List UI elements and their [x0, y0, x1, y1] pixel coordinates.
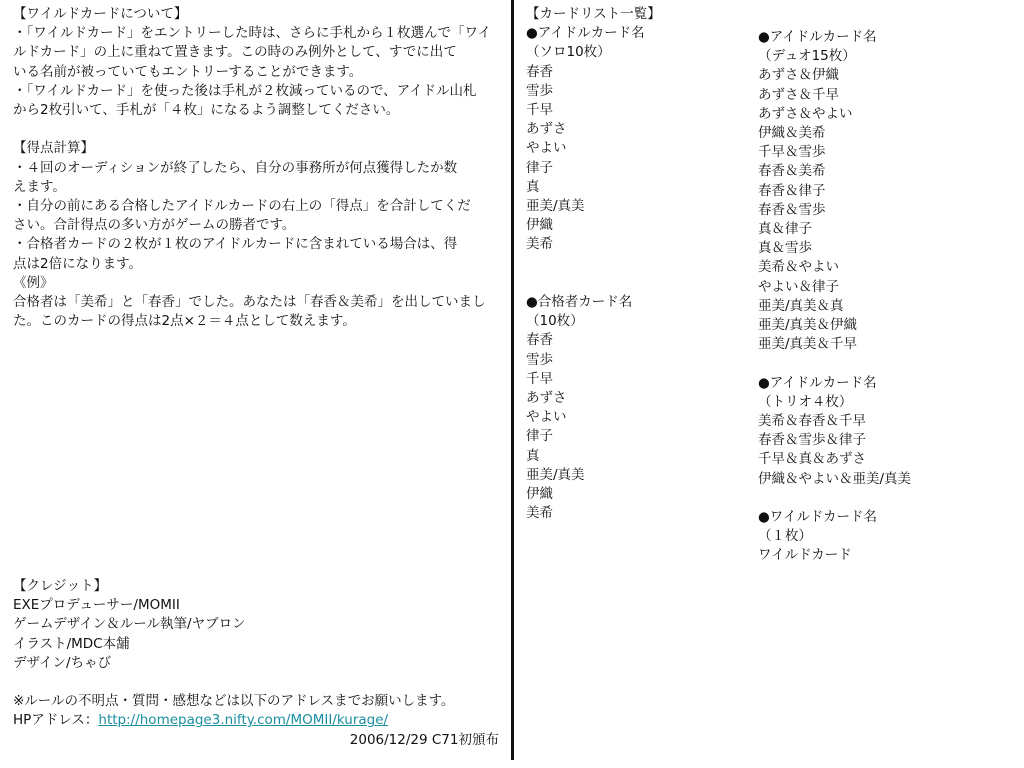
card-list-item: 美希: [526, 504, 746, 523]
card-list-item: 春香＆美希: [758, 162, 1008, 181]
card-list-item: 千早: [526, 370, 746, 389]
card-list-item: 伊織: [526, 216, 746, 235]
rule-line: さい。合計得点の多い方がゲームの勝者です。: [13, 216, 498, 235]
card-list-column-2: ●アイドルカード名 （デュオ15枚） あずさ＆伊織 あずさ＆千早 あずさ＆やよい…: [758, 28, 1008, 566]
rule-line: から2枚引いて、手札が「４枚」になるよう調整してください。: [13, 101, 498, 120]
card-list-item: 伊織: [526, 485, 746, 504]
duo-card-title: ●アイドルカード名: [758, 28, 1008, 47]
spacer: [758, 489, 1008, 508]
card-list-item: 春香: [526, 63, 746, 82]
card-list-column-1: 【カードリスト一覧】 ●アイドルカード名 （ソロ10枚） 春香 雪歩 千早 あず…: [526, 5, 746, 523]
homepage-label: HPアドレス：: [13, 712, 98, 728]
duo-card-list: ●アイドルカード名 （デュオ15枚） あずさ＆伊織 あずさ＆千早 あずさ＆やよい…: [758, 28, 1008, 354]
card-list-item: 真: [526, 447, 746, 466]
card-list-item: 美希＆やよい: [758, 258, 1008, 277]
trio-card-count: （トリオ４枚）: [758, 393, 1008, 412]
card-list-item: ワイルドカード: [758, 546, 1008, 565]
card-list-item: 亜美/真美＆真: [758, 297, 1008, 316]
card-list-item: 雪歩: [526, 351, 746, 370]
contact-note: ※ルールの不明点・質問・感想などは以下のアドレスまでお願いします。: [13, 692, 503, 711]
card-list-item: 春香＆雪歩: [758, 201, 1008, 220]
card-list-item: 律子: [526, 159, 746, 178]
wildcard-card-list: ●ワイルドカード名 （１枚） ワイルドカード: [758, 508, 1008, 566]
rule-line: えます。: [13, 178, 498, 197]
spacer: [13, 120, 498, 139]
card-list-item: 真: [526, 178, 746, 197]
solo-card-list: ●アイドルカード名 （ソロ10枚） 春香 雪歩 千早 あずさ やよい 律子 真 …: [526, 24, 746, 254]
trio-card-list: ●アイドルカード名 （トリオ４枚） 美希＆春香＆千早 春香＆雪歩＆律子 千早＆真…: [758, 374, 1008, 489]
trio-card-title: ●アイドルカード名: [758, 374, 1008, 393]
card-list-item: あずさ: [526, 120, 746, 139]
card-list-item: 美希: [526, 235, 746, 254]
solo-card-count: （ソロ10枚）: [526, 43, 746, 62]
card-list-item: 千早＆真＆あずさ: [758, 450, 1008, 469]
wildcard-card-count: （１枚）: [758, 527, 1008, 546]
rule-line: いる名前が被っていてもエントリーすることができます。: [13, 63, 498, 82]
rule-line: ・４回のオーディションが終了したら、自分の事務所が何点獲得したか数: [13, 159, 498, 178]
credit-line: イラスト/MDC本舗: [13, 635, 503, 654]
credit-line: EXEプロデューサー/MOMII: [13, 596, 503, 615]
rule-line: ・合格者カードの２枚が１枚のアイドルカードに含まれている場合は、得: [13, 235, 498, 254]
scoring-rules-section: 【得点計算】 ・４回のオーディションが終了したら、自分の事務所が何点獲得したか数…: [13, 139, 498, 331]
rule-line: ルドカード」の上に重ねて置きます。この時のみ例外として、すでに出て: [13, 43, 498, 62]
card-list-item: 伊織＆美希: [758, 124, 1008, 143]
card-list-item: 千早＆雪歩: [758, 143, 1008, 162]
section-heading-scoring: 【得点計算】: [13, 139, 498, 158]
credit-line: ゲームデザイン＆ルール執筆/ヤブロン: [13, 615, 503, 634]
spacer: [758, 354, 1008, 373]
passer-card-list: ●合格者カード名 （10枚） 春香 雪歩 千早 あずさ やよい 律子 真 亜美/…: [526, 293, 746, 523]
card-list-item: 真＆雪歩: [758, 239, 1008, 258]
example-label: 《例》: [13, 274, 498, 293]
spacer: [526, 255, 746, 293]
homepage-link[interactable]: http://homepage3.nifty.com/MOMII/kurage/: [98, 712, 388, 728]
credit-line: デザイン/ちゃび: [13, 654, 503, 673]
solo-card-title: ●アイドルカード名: [526, 24, 746, 43]
card-list-item: 真＆律子: [758, 220, 1008, 239]
card-list-heading: 【カードリスト一覧】: [526, 5, 746, 24]
card-list-item: 亜美/真美＆千早: [758, 335, 1008, 354]
card-list-item: 亜美/真美＆伊織: [758, 316, 1008, 335]
card-list-item: やよい: [526, 408, 746, 427]
rules-column: 【ワイルドカードについて】 ・「ワイルドカード」をエントリーした時は、さらに手札…: [13, 5, 498, 331]
rule-line: ・「ワイルドカード」を使った後は手札が２枚減っているので、アイドル山札: [13, 82, 498, 101]
card-list-item: 亜美/真美: [526, 466, 746, 485]
card-list-item: 春香: [526, 331, 746, 350]
spacer: [13, 673, 503, 692]
homepage-line: HPアドレス：http://homepage3.nifty.com/MOMII/…: [13, 711, 503, 730]
card-list-item: やよい＆律子: [758, 278, 1008, 297]
passer-card-title: ●合格者カード名: [526, 293, 746, 312]
card-list-item: 亜美/真美: [526, 197, 746, 216]
passer-card-count: （10枚）: [526, 312, 746, 331]
card-list-item: 春香＆律子: [758, 182, 1008, 201]
example-line: た。このカードの得点は2点×２＝４点として数えます。: [13, 312, 498, 331]
example-line: 合格者は「美希」と「春香」でした。あなたは「春香＆美希」を出していまし: [13, 293, 498, 312]
card-list-item: やよい: [526, 139, 746, 158]
wildcard-rules-section: 【ワイルドカードについて】 ・「ワイルドカード」をエントリーした時は、さらに手札…: [13, 5, 498, 120]
wildcard-card-title: ●ワイルドカード名: [758, 508, 1008, 527]
rule-line: ・「ワイルドカード」をエントリーした時は、さらに手札から１枚選んで「ワイ: [13, 24, 498, 43]
card-list-item: あずさ＆伊織: [758, 66, 1008, 85]
credits-section: 【クレジット】 EXEプロデューサー/MOMII ゲームデザイン＆ルール執筆/ヤ…: [13, 577, 503, 750]
card-list-item: 千早: [526, 101, 746, 120]
card-list-item: 美希＆春香＆千早: [758, 412, 1008, 431]
card-list-item: 律子: [526, 427, 746, 446]
card-list-item: あずさ＆千早: [758, 86, 1008, 105]
release-date: 2006/12/29 C71初頒布: [13, 731, 503, 750]
rule-line: ・自分の前にある合格したアイドルカードの右上の「得点」を合計してくだ: [13, 197, 498, 216]
section-heading-credits: 【クレジット】: [13, 577, 503, 596]
section-heading-wildcard: 【ワイルドカードについて】: [13, 5, 498, 24]
card-list-item: 伊織＆やよい＆亜美/真美: [758, 470, 1008, 489]
duo-card-count: （デュオ15枚）: [758, 47, 1008, 66]
card-list-item: 雪歩: [526, 82, 746, 101]
card-list-item: あずさ: [526, 389, 746, 408]
card-list-item: 春香＆雪歩＆律子: [758, 431, 1008, 450]
card-list-item: あずさ＆やよい: [758, 105, 1008, 124]
column-divider: [511, 0, 514, 760]
rule-line: 点は2倍になります。: [13, 255, 498, 274]
